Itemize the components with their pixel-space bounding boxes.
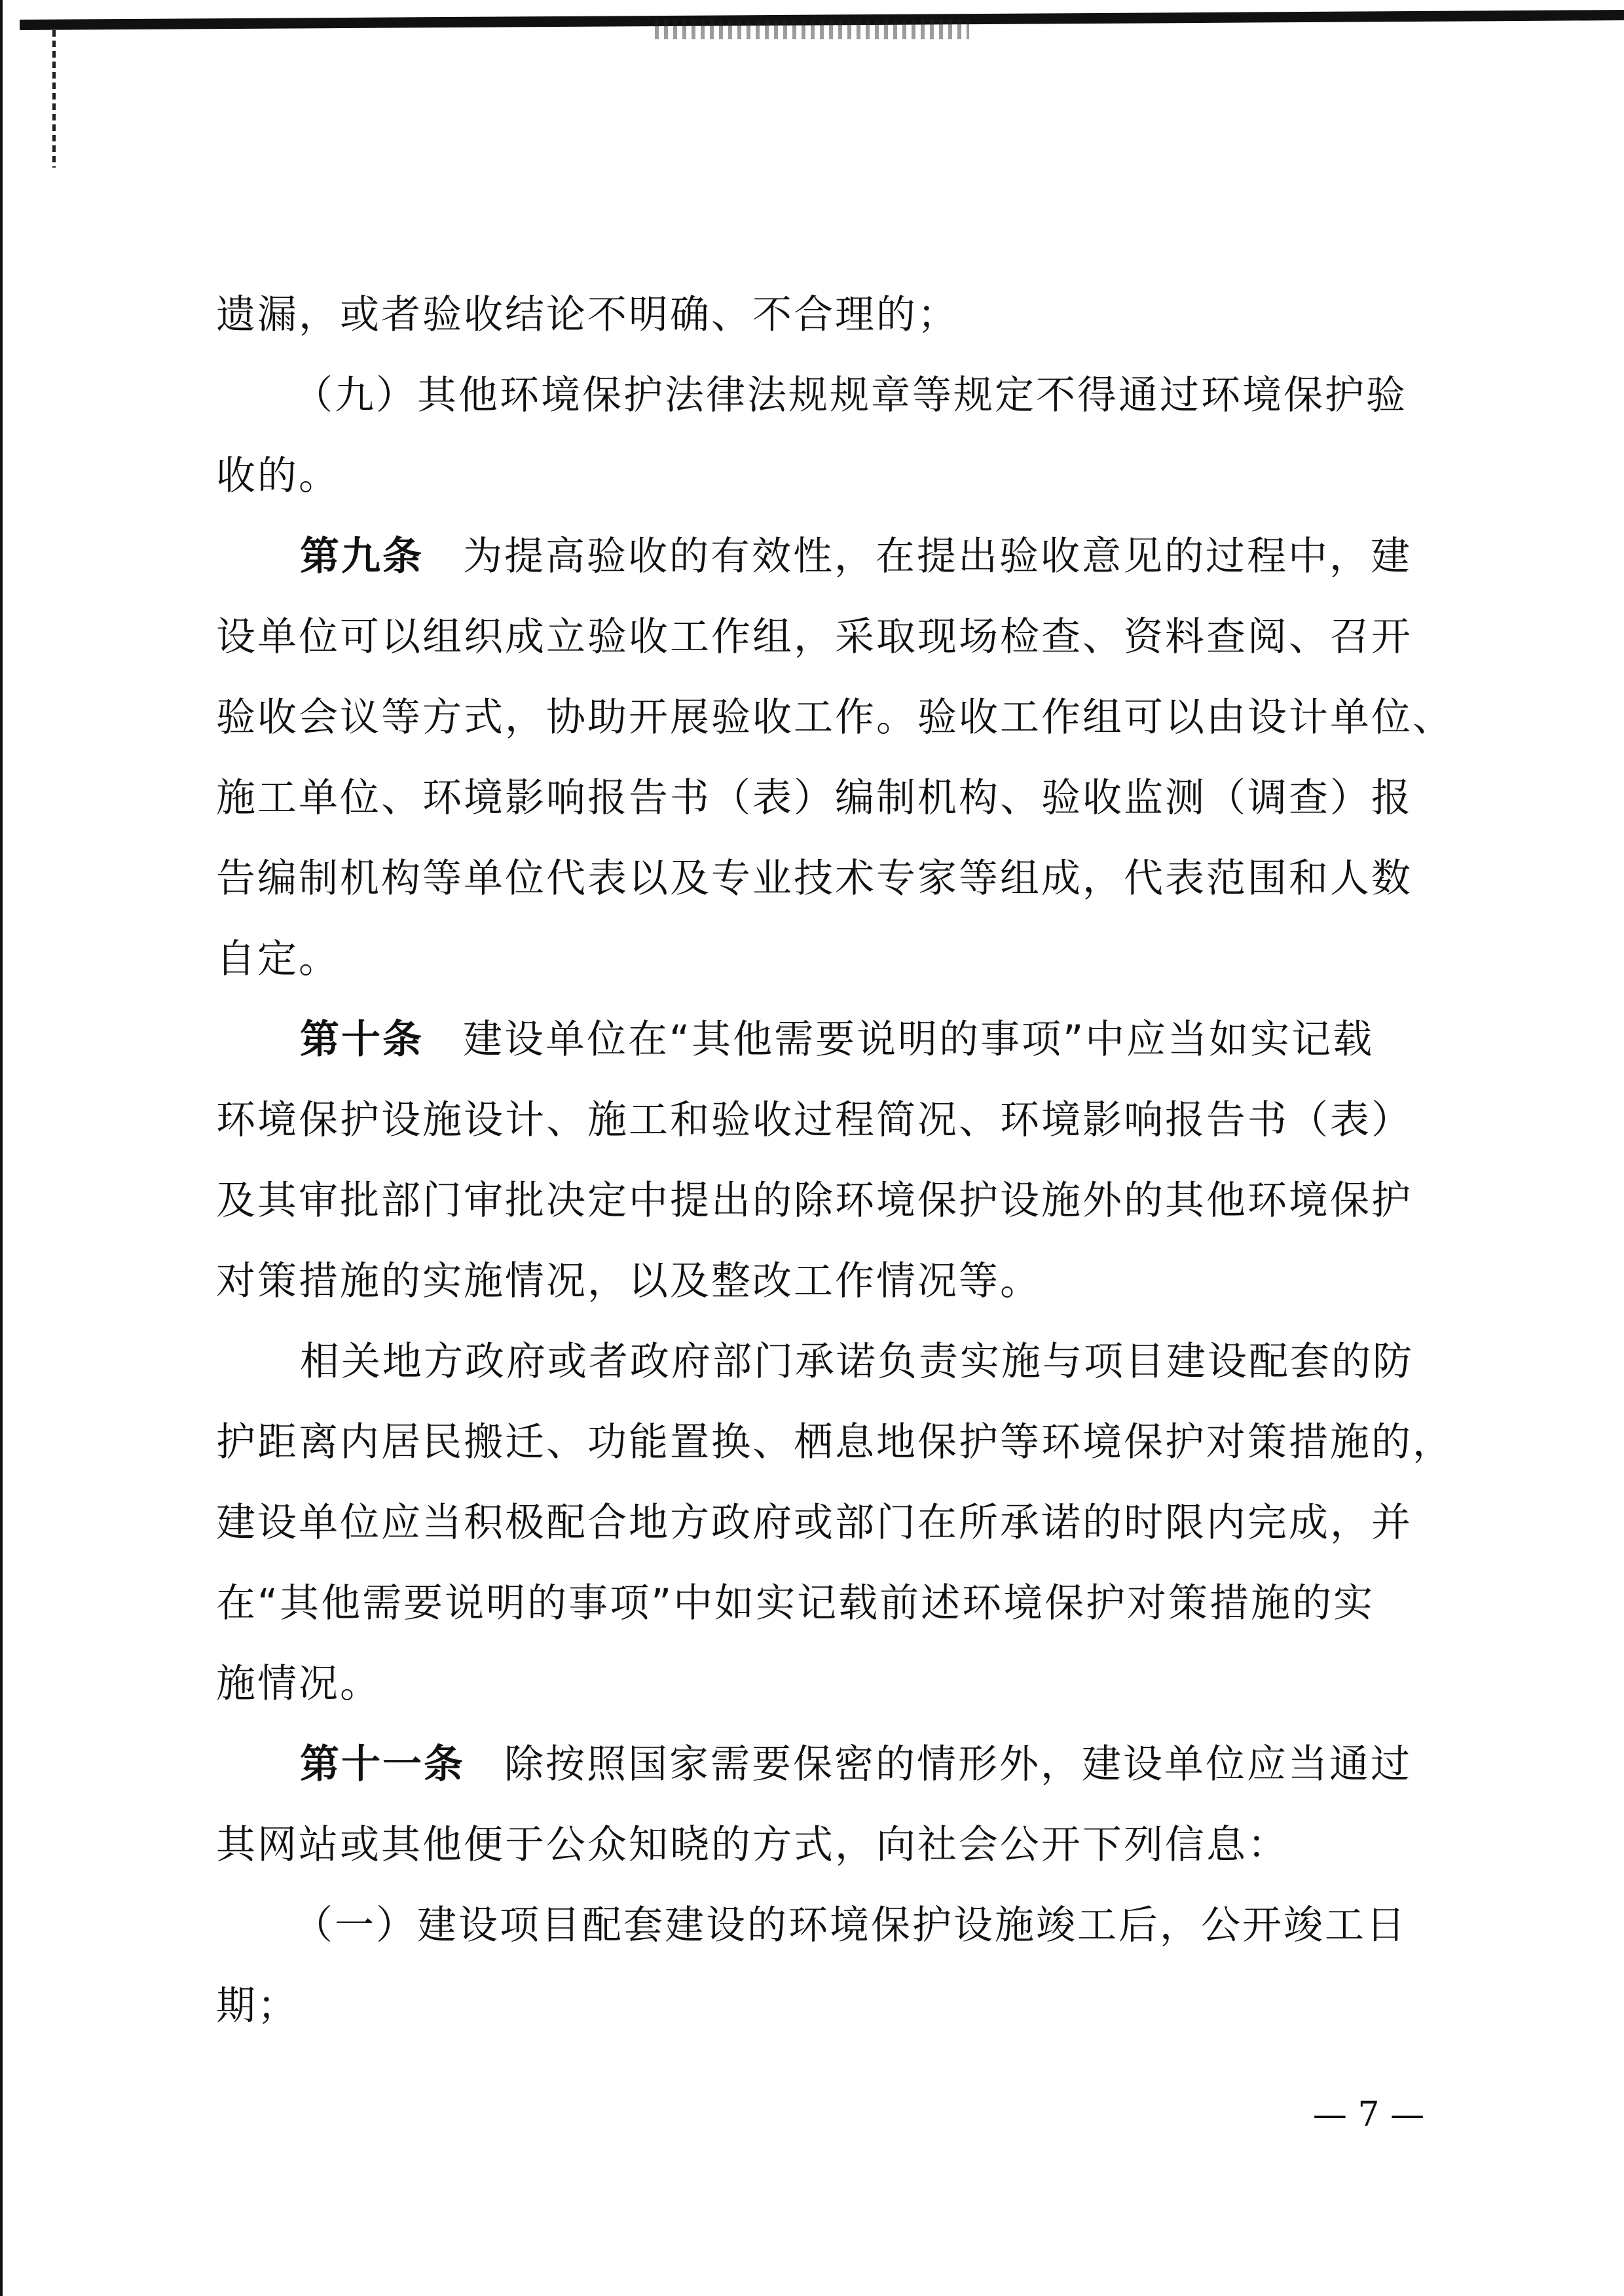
text-line: 环境保护设施设计、施工和验收过程简况、环境影响报告书（表） (216, 1080, 1434, 1161)
article-10: 第十条建设单位在“其他需要说明的事项”中应当如实记载 环境保护设施设计、施工和验… (216, 1000, 1434, 1322)
text-line: 建设单位应当积极配合地方政府或部门在所承诺的时限内完成，并 (216, 1483, 1434, 1563)
text-line: 及其审批部门审批决定中提出的除环境保护设施外的其他环境保护 (216, 1161, 1434, 1241)
text-line: （一）建设项目配套建设的环境保护设施竣工后，公开竣工日 (216, 1886, 1434, 1966)
text-line: 在“其他需要说明的事项”中如实记载前述环境保护对策措施的实 (216, 1563, 1434, 1644)
article-heading: 第十条 (300, 1017, 424, 1063)
text-line: 相关地方政府或者政府部门承诺负责实施与项目建设配套的防 (216, 1322, 1434, 1402)
text-line: （九）其他环境保护法律法规规章等规定不得通过环境保护验 (216, 355, 1434, 436)
document-body: 遗漏，或者验收结论不明确、不合理的； （九）其他环境保护法律法规规章等规定不得通… (216, 275, 1434, 2047)
article-11-item-1: （一）建设项目配套建设的环境保护设施竣工后，公开竣工日 期； (216, 1886, 1434, 2047)
text-line: 对策措施的实施情况，以及整改工作情况等。 (216, 1241, 1434, 1322)
text-line: 收的。 (216, 436, 1434, 517)
scan-edge-left (0, 0, 3, 2296)
text-line: 建设单位在“其他需要说明的事项”中应当如实记载 (463, 1017, 1374, 1063)
page-number: — 7 — (1283, 2095, 1454, 2134)
article-11: 第十一条除按照国家需要保密的情形外，建设单位应当通过 其网站或其他便于公众知晓的… (216, 1724, 1434, 1886)
scan-noise-header (655, 20, 969, 39)
article-heading: 第九条 (300, 534, 424, 579)
text-line: 期； (216, 1966, 1434, 2047)
text-line: 遗漏，或者验收结论不明确、不合理的； (216, 275, 1434, 355)
text-line: 告编制机构等单位代表以及专业技术专家等组成，代表范围和人数 (216, 839, 1434, 919)
text-line: 护距离内居民搬迁、功能置换、栖息地保护等环境保护对策措施的， (216, 1402, 1434, 1483)
paragraph-item-8-continuation: 遗漏，或者验收结论不明确、不合理的； (216, 275, 1434, 355)
scan-binding-mark (52, 30, 56, 168)
article-heading: 第十一条 (300, 1741, 465, 1787)
paragraph-item-9: （九）其他环境保护法律法规规章等规定不得通过环境保护验 收的。 (216, 355, 1434, 517)
text-line: 自定。 (216, 919, 1434, 1000)
text-line: 为提高验收的有效性，在提出验收意见的过程中，建 (463, 534, 1412, 579)
text-line: 施工单位、环境影响报告书（表）编制机构、验收监测（调查）报 (216, 758, 1434, 839)
text-line: 施情况。 (216, 1644, 1434, 1724)
article-10-paragraph-2: 相关地方政府或者政府部门承诺负责实施与项目建设配套的防 护距离内居民搬迁、功能置… (216, 1322, 1434, 1724)
text-line: 其网站或其他便于公众知晓的方式，向社会公开下列信息： (216, 1805, 1434, 1886)
text-line: 除按照国家需要保密的情形外，建设单位应当通过 (504, 1741, 1412, 1787)
article-9: 第九条为提高验收的有效性，在提出验收意见的过程中，建 设单位可以组织成立验收工作… (216, 517, 1434, 1000)
text-line: 设单位可以组织成立验收工作组，采取现场检查、资料查阅、召开 (216, 597, 1434, 678)
text-line: 验收会议等方式，协助开展验收工作。验收工作组可以由设计单位、 (216, 678, 1434, 758)
